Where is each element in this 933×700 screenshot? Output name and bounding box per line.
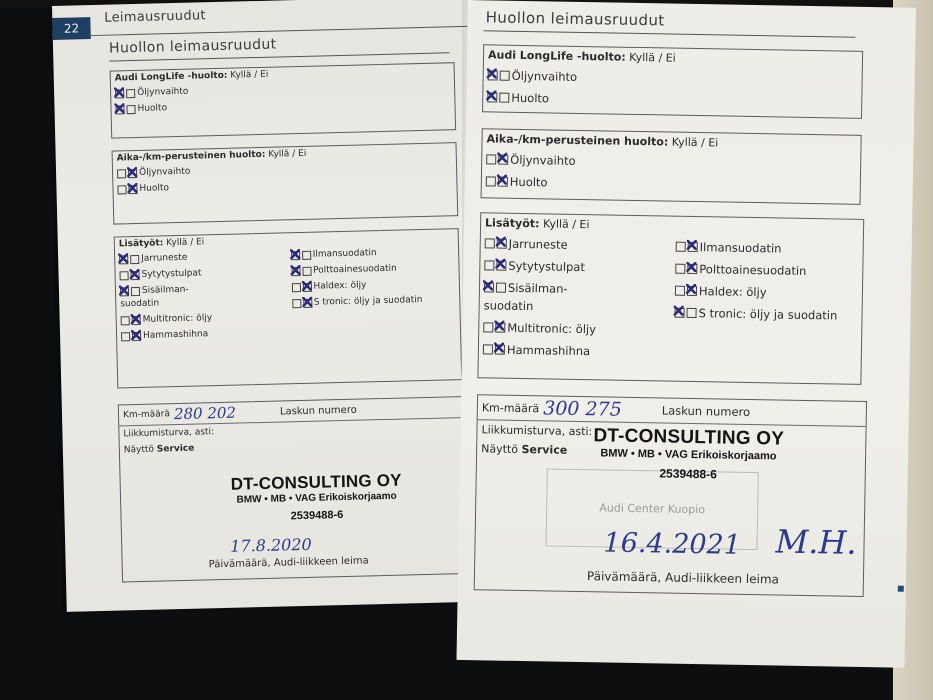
- item-label: Öljynvaihto: [137, 87, 188, 98]
- item-label: Multitronic: öljy: [507, 321, 596, 337]
- chapter-divider: [91, 26, 471, 36]
- item-label: Sisäilman-: [142, 285, 189, 296]
- section-title: Huollon leimausruudut: [109, 37, 277, 57]
- yes-checkbox[interactable]: [488, 70, 498, 80]
- km-value: 280 202: [174, 404, 236, 424]
- left-page: 22 Leimausruudut Huollon leimausruudut A…: [52, 0, 487, 612]
- no-checkbox[interactable]: [496, 283, 506, 293]
- yes-checkbox[interactable]: [483, 344, 493, 354]
- stamp-box: Km-määrä 300 275 Laskun numero Liikkumis…: [474, 394, 867, 597]
- longlife-box: Audi LongLife -huolto: Kyllä / Ei Öljynv…: [482, 44, 863, 119]
- yes-checkbox[interactable]: [676, 242, 686, 252]
- yes-checkbox[interactable]: [117, 185, 126, 194]
- no-checkbox[interactable]: [498, 177, 508, 187]
- workshop-stamp: DT-CONSULTING OY BMW • MB • VAG Erikoisk…: [593, 425, 785, 482]
- yes-checkbox[interactable]: [119, 255, 128, 264]
- no-checkbox[interactable]: [131, 286, 140, 295]
- item-label: Haldex: öljy: [699, 284, 767, 299]
- yes-checkbox[interactable]: [121, 316, 130, 325]
- yes-checkbox[interactable]: [117, 169, 126, 178]
- stamp-caption: Päivämäärä, Audi-liikkeen leima: [587, 569, 779, 586]
- service-date: 16.4.2021: [603, 527, 741, 560]
- item-label: Polttoainesuodatin: [313, 264, 397, 276]
- signature: M.H.: [775, 522, 857, 561]
- no-checkbox[interactable]: [126, 104, 135, 113]
- checklist-item: S tronic: öljy ja suodatin: [288, 291, 460, 311]
- yes-checkbox[interactable]: [121, 332, 130, 341]
- invoice-label: Laskun numero: [662, 403, 751, 419]
- no-checkbox[interactable]: [495, 345, 505, 355]
- no-checkbox[interactable]: [686, 308, 696, 318]
- right-page: Huollon leimausruudut Audi LongLife -huo…: [456, 0, 915, 668]
- service-date: 17.8.2020: [230, 535, 312, 556]
- stamp-box: Km-määrä 280 202 Laskun numero Liikkumis…: [118, 396, 467, 582]
- no-checkbox[interactable]: [130, 254, 139, 263]
- section-title: Huollon leimausruudut: [486, 8, 665, 29]
- yes-checkbox[interactable]: [120, 287, 129, 296]
- yes-checkbox[interactable]: [485, 238, 495, 248]
- yes-checkbox[interactable]: [484, 282, 494, 292]
- yes-checkbox[interactable]: [675, 286, 685, 296]
- stamp-caption: Päivämäärä, Audi-liikkeen leima: [209, 555, 369, 570]
- no-checkbox[interactable]: [128, 184, 137, 193]
- yes-checkbox[interactable]: [487, 92, 497, 102]
- no-checkbox[interactable]: [132, 315, 141, 324]
- item-label: Sytytystulpat: [141, 268, 201, 279]
- item-label: Huolto: [511, 91, 549, 106]
- checklist-item: S tronic: öljy ja suodatin: [670, 302, 861, 327]
- no-checkbox[interactable]: [128, 168, 137, 177]
- checklist-item: Hammashihna: [479, 338, 670, 363]
- item-label: Jarruneste: [141, 253, 187, 264]
- no-checkbox[interactable]: [498, 155, 508, 165]
- no-checkbox[interactable]: [496, 261, 506, 271]
- no-checkbox[interactable]: [126, 88, 135, 97]
- no-checkbox[interactable]: [302, 266, 311, 275]
- item-label: Öljynvaihto: [512, 69, 578, 84]
- no-checkbox[interactable]: [303, 298, 312, 307]
- km-label: Km-määrä: [482, 401, 540, 415]
- no-checkbox[interactable]: [302, 250, 311, 259]
- no-checkbox[interactable]: [687, 264, 697, 274]
- no-checkbox[interactable]: [497, 239, 507, 249]
- no-checkbox[interactable]: [495, 323, 505, 333]
- item-label: Öljynvaihto: [139, 167, 190, 178]
- km-label: Km-määrä: [123, 409, 170, 420]
- timekm-box: Aika-/km-perusteinen huolto: Kyllä / Ei …: [112, 142, 459, 224]
- no-checkbox[interactable]: [499, 93, 509, 103]
- yes-checkbox[interactable]: [291, 283, 300, 292]
- item-label: Multitronic: öljy: [143, 313, 213, 325]
- no-checkbox[interactable]: [687, 286, 697, 296]
- no-checkbox[interactable]: [302, 282, 311, 291]
- checklist-item: Hammashihna: [117, 324, 289, 344]
- item-label: Polttoainesuodatin: [699, 262, 806, 278]
- item-label: Huolto: [510, 175, 548, 190]
- item-label: Hammashihna: [507, 343, 590, 358]
- item-label: Haldex: öljy: [313, 280, 366, 291]
- item-label: S tronic: öljy ja suodatin: [698, 306, 837, 322]
- item-label: Ilmansuodatin: [700, 240, 782, 255]
- extra-work-box: Lisätyöt: Kyllä / Ei JarrunesteSytytystu…: [477, 212, 864, 385]
- page-number: 22: [52, 17, 91, 40]
- yes-checkbox[interactable]: [291, 251, 300, 260]
- no-checkbox[interactable]: [500, 71, 510, 81]
- item-label: Huolto: [139, 183, 169, 194]
- item-label: Sisäilman-: [508, 281, 568, 296]
- no-checkbox[interactable]: [132, 331, 141, 340]
- item-label: Hammashihna: [143, 329, 208, 341]
- section-divider: [483, 30, 855, 37]
- item-label: Huolto: [137, 103, 167, 114]
- longlife-box: Audi LongLife -huolto: Kyllä / Ei Öljynv…: [110, 62, 457, 138]
- km-value: 300 275: [543, 397, 622, 420]
- workshop-stamp: DT-CONSULTING OY BMW • MB • VAG Erikoisk…: [231, 471, 403, 524]
- no-checkbox[interactable]: [130, 270, 139, 279]
- item-label: Öljynvaihto: [510, 153, 576, 168]
- extra-work-box: Lisätyöt: Kyllä / Ei JarrunesteSytytystu…: [114, 228, 463, 388]
- yes-checkbox[interactable]: [291, 267, 300, 276]
- item-label: Sytytystulpat: [508, 259, 585, 274]
- page-marker: [898, 586, 904, 592]
- yes-checkbox[interactable]: [486, 154, 496, 164]
- yes-checkbox[interactable]: [484, 260, 494, 270]
- yes-checkbox[interactable]: [675, 264, 685, 274]
- yes-checkbox[interactable]: [115, 105, 124, 114]
- yes-checkbox[interactable]: [115, 89, 124, 98]
- no-checkbox[interactable]: [688, 242, 698, 252]
- item-label: Ilmansuodatin: [313, 248, 377, 260]
- item-label: S tronic: öljy ja suodatin: [314, 295, 423, 308]
- yes-checkbox[interactable]: [674, 308, 684, 318]
- invoice-label: Laskun numero: [280, 404, 357, 417]
- yes-checkbox[interactable]: [119, 271, 128, 280]
- yes-checkbox[interactable]: [486, 176, 496, 186]
- yes-checkbox[interactable]: [483, 322, 493, 332]
- timekm-box: Aika-/km-perusteinen huolto: Kyllä / Ei …: [481, 128, 862, 205]
- chapter-title: Leimausruudut: [104, 8, 206, 25]
- item-label: Jarruneste: [509, 237, 568, 252]
- yes-checkbox[interactable]: [292, 299, 301, 308]
